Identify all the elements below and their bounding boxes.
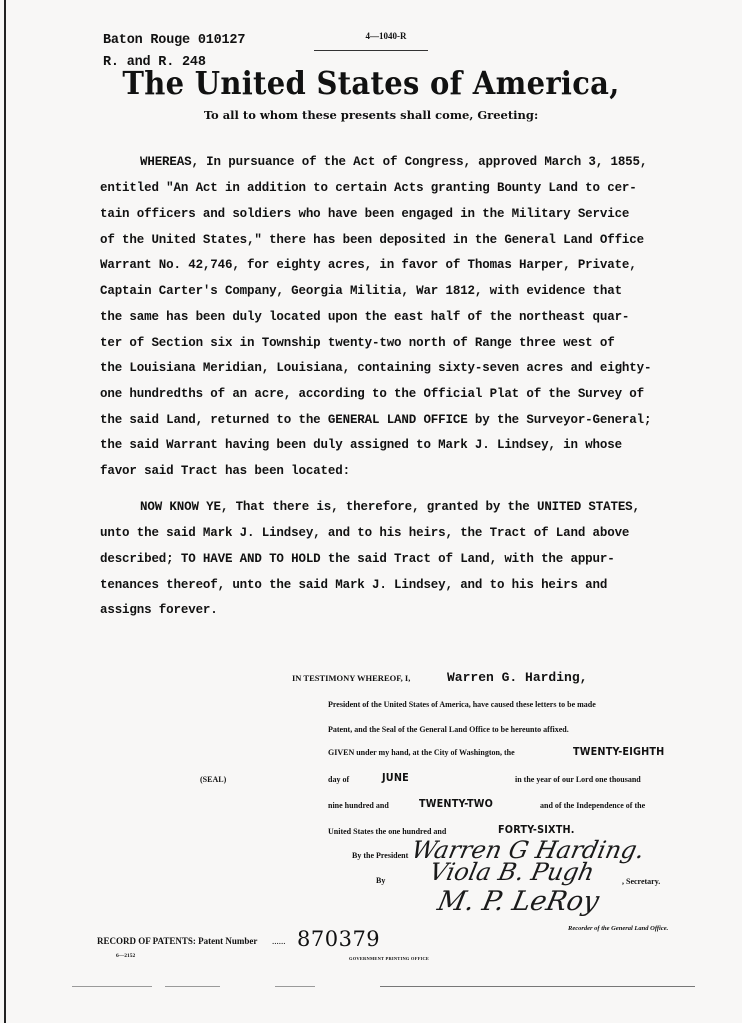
recorder-label: Recorder of the General Land Office. bbox=[568, 925, 668, 932]
patent-number: 870379 bbox=[297, 927, 380, 951]
leader-dots: ...... bbox=[272, 936, 286, 946]
whereas-line: WHEREAS, In pursuance of the Act of Cong… bbox=[140, 155, 647, 169]
independence-value: FORTY-SIXTH. bbox=[498, 823, 575, 836]
by-label: By bbox=[376, 876, 385, 885]
whereas-line: of the United States," there has been de… bbox=[100, 233, 644, 247]
nine-hundred-label: nine hundred and bbox=[328, 801, 389, 810]
whereas-line: tain officers and soldiers who have been… bbox=[100, 207, 629, 221]
secretary-signature: Viola B. Pugh bbox=[427, 858, 597, 886]
seal-label: (SEAL) bbox=[200, 775, 226, 784]
whereas-line: the said Warrant having been duly assign… bbox=[100, 438, 622, 452]
whereas-line: the Louisiana Meridian, Louisiana, conta… bbox=[100, 361, 651, 375]
president-name: Warren G. Harding, bbox=[447, 670, 587, 685]
form-number-rule bbox=[314, 50, 428, 51]
grant-line: unto the said Mark J. Lindsey, and to hi… bbox=[100, 526, 629, 540]
print-code: 6—2152 bbox=[116, 953, 135, 959]
office-reference: Baton Rouge 010127 bbox=[103, 33, 245, 48]
day-value: TWENTY-EIGHTH bbox=[573, 745, 664, 758]
document-title: The United States of America, bbox=[0, 65, 742, 102]
scan-artifact-line bbox=[165, 986, 220, 987]
scan-artifact-line bbox=[380, 986, 695, 987]
form-number: 4—1040-R bbox=[345, 31, 427, 41]
scan-edge-border bbox=[4, 0, 6, 1023]
scan-artifact-line bbox=[72, 986, 152, 987]
whereas-line: the said Land, returned to the GENERAL L… bbox=[100, 413, 651, 427]
whereas-line: Captain Carter's Company, Georgia Militi… bbox=[100, 284, 622, 298]
whereas-line: the same has been duly located upon the … bbox=[100, 310, 629, 324]
recorder-signature: M. P. LeRoy bbox=[435, 886, 602, 917]
record-of-patents-label: RECORD OF PATENTS: Patent Number bbox=[97, 936, 257, 946]
whereas-line: ter of Section six in Township twenty-tw… bbox=[100, 336, 615, 350]
testimony-line: Patent, and the Seal of the General Land… bbox=[328, 725, 569, 734]
grant-line: NOW KNOW YE, That there is, therefore, g… bbox=[140, 500, 640, 514]
whereas-line: Warrant No. 42,746, for eighty acres, in… bbox=[100, 258, 637, 272]
printer-imprint: GOVERNMENT PRINTING OFFICE bbox=[349, 956, 429, 961]
scan-artifact-line bbox=[275, 986, 315, 987]
grant-line: described; TO HAVE AND TO HOLD the said … bbox=[100, 552, 615, 566]
month-value: JUNE bbox=[382, 771, 409, 784]
whereas-line: entitled "An Act in addition to certain … bbox=[100, 181, 637, 195]
grant-line: assigns forever. bbox=[100, 603, 218, 617]
secretary-label: , Secretary. bbox=[622, 877, 660, 886]
testimony-lead: IN TESTIMONY WHEREOF, I, bbox=[292, 673, 410, 683]
greeting: To all to whom these presents shall come… bbox=[0, 108, 742, 122]
whereas-line: one hundredths of an acre, according to … bbox=[100, 387, 644, 401]
united-states-text: United States the one hundred and bbox=[328, 827, 446, 836]
by-the-president-label: By the President bbox=[352, 851, 408, 860]
year-value: TWENTY-TWO bbox=[419, 797, 493, 810]
year-of-lord-text: in the year of our Lord one thousand bbox=[515, 775, 641, 784]
testimony-line: President of the United States of Americ… bbox=[328, 700, 596, 709]
independence-text: and of the Independence of the bbox=[540, 801, 645, 810]
day-of-label: day of bbox=[328, 775, 349, 784]
whereas-line: favor said Tract has been located: bbox=[100, 464, 350, 478]
given-prefix: GIVEN under my hand, at the City of Wash… bbox=[328, 748, 515, 757]
grant-line: tenances thereof, unto the said Mark J. … bbox=[100, 578, 607, 592]
